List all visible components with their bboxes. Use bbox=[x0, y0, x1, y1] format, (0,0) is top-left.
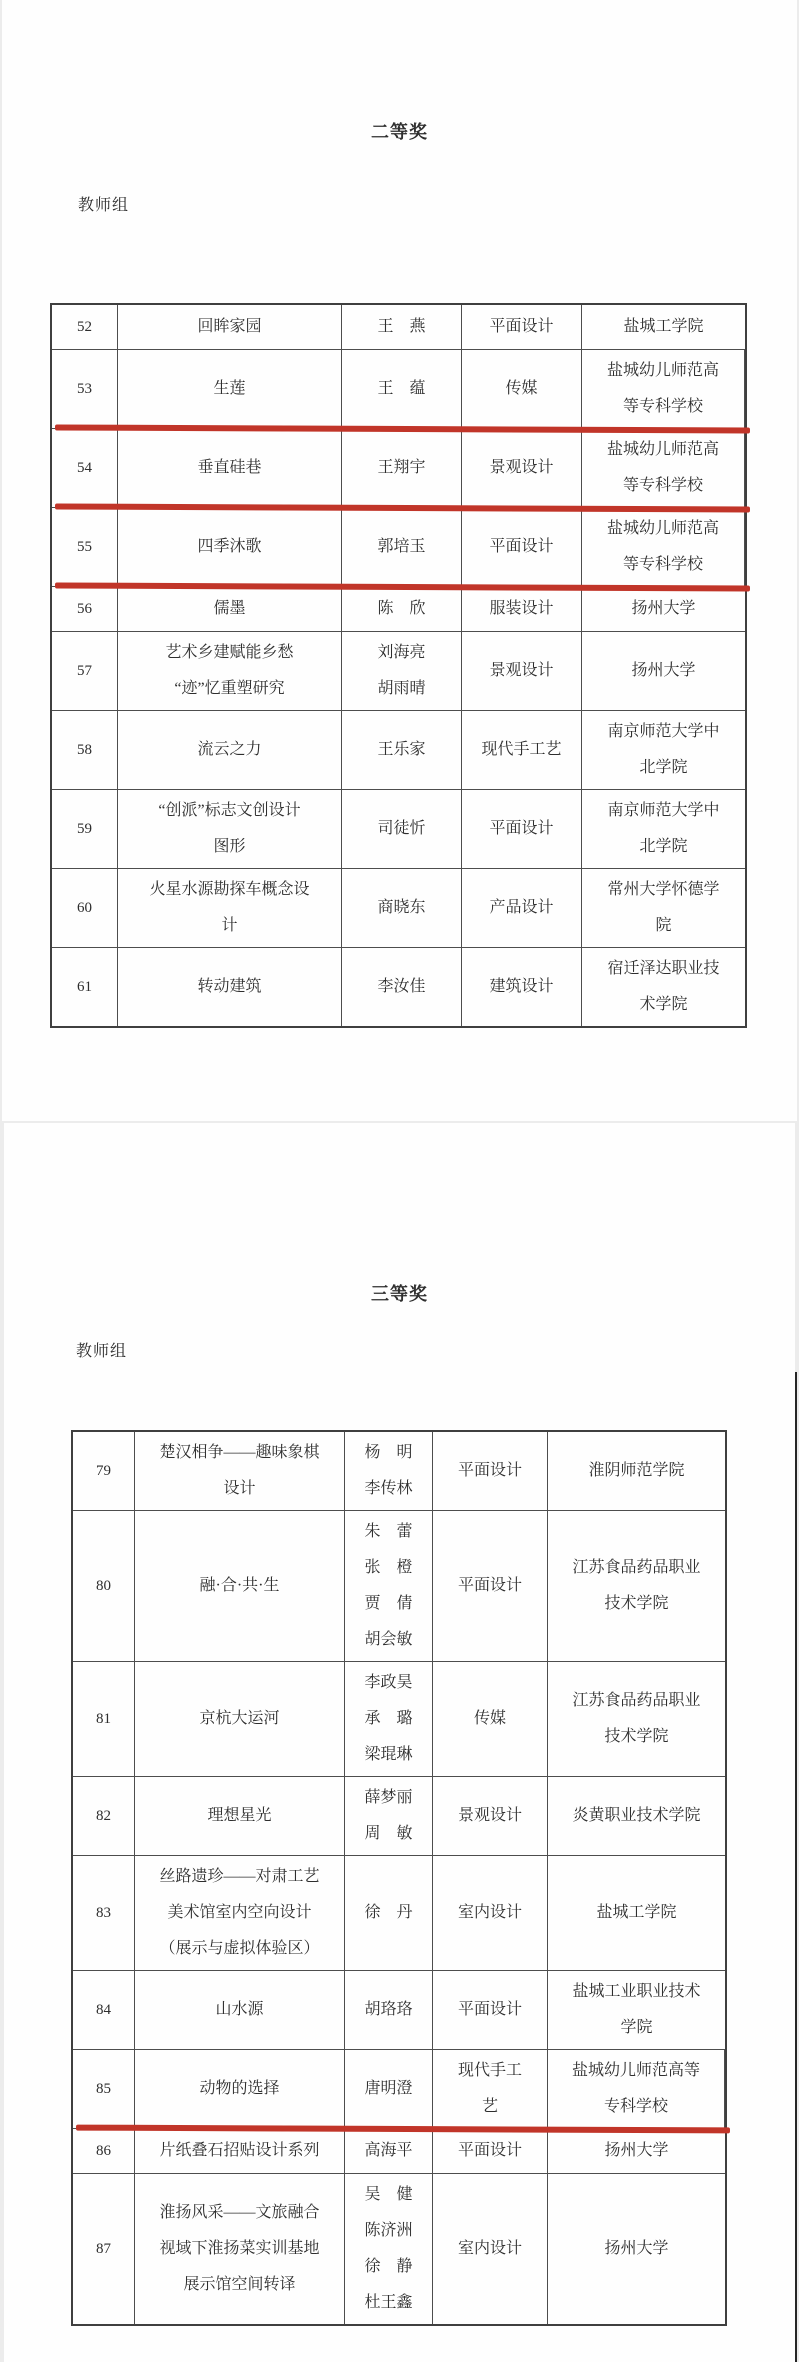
table-row: 82理想星光薛梦丽 周 敏景观设计炎黄职业技术学院 bbox=[73, 1777, 725, 1856]
category-cell: 室内设计 bbox=[433, 1856, 548, 1970]
table-row: 52回眸家园王 燕平面设计盐城工学院 bbox=[52, 305, 745, 350]
school-cell: 炎黄职业技术学院 bbox=[548, 1777, 725, 1855]
row-number-cell: 60 bbox=[52, 869, 118, 947]
author-cell: 杨 明 李传林 bbox=[345, 1432, 433, 1510]
work-title-cell: 融·合·共·生 bbox=[135, 1511, 345, 1661]
work-title-cell: 儒墨 bbox=[118, 587, 342, 631]
table-row: 55四季沐歌郭培玉平面设计盐城幼儿师范高 等专科学校 bbox=[52, 508, 745, 587]
school-cell: 盐城工学院 bbox=[582, 305, 745, 349]
author-cell: 吴 健 陈济洲 徐 静 杜王鑫 bbox=[345, 2174, 433, 2324]
author-cell: 胡珞珞 bbox=[345, 1971, 433, 2049]
author-cell: 王乐家 bbox=[342, 711, 462, 789]
row-number-cell: 53 bbox=[52, 350, 118, 428]
category-cell: 平面设计 bbox=[462, 508, 582, 586]
author-cell: 商晓东 bbox=[342, 869, 462, 947]
row-number-cell: 83 bbox=[73, 1856, 135, 1970]
award-title-second-prize: 二等奖 bbox=[2, 118, 797, 144]
school-cell: 江苏食品药品职业 技术学院 bbox=[548, 1662, 725, 1776]
row-number-cell: 81 bbox=[73, 1662, 135, 1776]
author-cell: 李汝佳 bbox=[342, 948, 462, 1026]
row-number-cell: 61 bbox=[52, 948, 118, 1026]
category-cell: 平面设计 bbox=[462, 305, 582, 349]
category-cell: 产品设计 bbox=[462, 869, 582, 947]
work-title-cell: 丝路遗珍——对肃工艺 美术馆室内空向设计 （展示与虚拟体验区） bbox=[135, 1856, 345, 1970]
work-title-cell: 山水源 bbox=[135, 1971, 345, 2049]
work-title-cell: 流云之力 bbox=[118, 711, 342, 789]
author-cell: 王 燕 bbox=[342, 305, 462, 349]
school-cell: 盐城幼儿师范高 等专科学校 bbox=[582, 350, 745, 428]
table-row: 85动物的选择唐明澄现代手工 艺盐城幼儿师范高等 专科学校 bbox=[73, 2050, 725, 2129]
category-cell: 传媒 bbox=[462, 350, 582, 428]
work-title-cell: 楚汉相争——趣味象棋 设计 bbox=[135, 1432, 345, 1510]
row-number-cell: 79 bbox=[73, 1432, 135, 1510]
table-row: 79楚汉相争——趣味象棋 设计杨 明 李传林平面设计淮阴师范学院 bbox=[73, 1432, 725, 1511]
row-number-cell: 55 bbox=[52, 508, 118, 586]
row-number-cell: 57 bbox=[52, 632, 118, 710]
work-title-cell: 艺术乡建赋能乡愁 “迹”忆重塑研究 bbox=[118, 632, 342, 710]
category-cell: 平面设计 bbox=[433, 1971, 548, 2049]
category-cell: 景观设计 bbox=[462, 632, 582, 710]
work-title-cell: 火星水源勘探车概念设 计 bbox=[118, 869, 342, 947]
work-title-cell: 四季沐歌 bbox=[118, 508, 342, 586]
category-cell: 现代手工艺 bbox=[462, 711, 582, 789]
row-number-cell: 85 bbox=[73, 2050, 135, 2128]
category-cell: 服装设计 bbox=[462, 587, 582, 631]
table-row: 53生莲王 蕴传媒盐城幼儿师范高 等专科学校 bbox=[52, 350, 745, 429]
author-cell: 朱 蕾 张 橙 贾 倩 胡会敏 bbox=[345, 1511, 433, 1661]
school-cell: 扬州大学 bbox=[582, 587, 745, 631]
school-cell: 江苏食品药品职业 技术学院 bbox=[548, 1511, 725, 1661]
author-cell: 陈 欣 bbox=[342, 587, 462, 631]
row-number-cell: 54 bbox=[52, 429, 118, 507]
author-cell: 司徒忻 bbox=[342, 790, 462, 868]
row-number-cell: 87 bbox=[73, 2174, 135, 2324]
category-cell: 平面设计 bbox=[433, 2129, 548, 2173]
school-cell: 扬州大学 bbox=[548, 2174, 725, 2324]
category-cell: 平面设计 bbox=[433, 1511, 548, 1661]
school-cell: 扬州大学 bbox=[582, 632, 745, 710]
category-cell: 平面设计 bbox=[433, 1432, 548, 1510]
document-page-2: 三等奖 教师组 79楚汉相争——趣味象棋 设计杨 明 李传林平面设计淮阴师范学院… bbox=[4, 1123, 795, 2362]
work-title-cell: 回眸家园 bbox=[118, 305, 342, 349]
author-cell: 李政昊 承 璐 梁琨琳 bbox=[345, 1662, 433, 1776]
table-row: 54垂直硅巷王翔宇景观设计盐城幼儿师范高 等专科学校 bbox=[52, 429, 745, 508]
school-cell: 淮阴师范学院 bbox=[548, 1432, 725, 1510]
school-cell: 盐城幼儿师范高等 专科学校 bbox=[548, 2050, 725, 2128]
table-row: 56儒墨陈 欣服装设计扬州大学 bbox=[52, 587, 745, 632]
table-row: 87淮扬风采——文旅融合 视域下淮扬菜实训基地 展示馆空间转译吴 健 陈济洲 徐… bbox=[73, 2174, 725, 2324]
group-label-teachers: 教师组 bbox=[76, 1338, 127, 1361]
author-cell: 高海平 bbox=[345, 2129, 433, 2173]
work-title-cell: 垂直硅巷 bbox=[118, 429, 342, 507]
work-title-cell: 转动建筑 bbox=[118, 948, 342, 1026]
work-title-cell: 生莲 bbox=[118, 350, 342, 428]
table-row: 58流云之力王乐家现代手工艺南京师范大学中 北学院 bbox=[52, 711, 745, 790]
award-table-third-prize: 79楚汉相争——趣味象棋 设计杨 明 李传林平面设计淮阴师范学院80融·合·共·… bbox=[71, 1430, 727, 2326]
table-row: 60火星水源勘探车概念设 计商晓东产品设计常州大学怀德学 院 bbox=[52, 869, 745, 948]
award-title-third-prize: 三等奖 bbox=[4, 1280, 795, 1306]
category-cell: 现代手工 艺 bbox=[433, 2050, 548, 2128]
table-row: 84山水源胡珞珞平面设计盐城工业职业技术 学院 bbox=[73, 1971, 725, 2050]
work-title-cell: 淮扬风采——文旅融合 视域下淮扬菜实训基地 展示馆空间转译 bbox=[135, 2174, 345, 2324]
school-cell: 盐城工业职业技术 学院 bbox=[548, 1971, 725, 2049]
author-cell: 王 蕴 bbox=[342, 350, 462, 428]
author-cell: 薛梦丽 周 敏 bbox=[345, 1777, 433, 1855]
category-cell: 景观设计 bbox=[462, 429, 582, 507]
table-row: 83丝路遗珍——对肃工艺 美术馆室内空向设计 （展示与虚拟体验区）徐 丹室内设计… bbox=[73, 1856, 725, 1971]
category-cell: 室内设计 bbox=[433, 2174, 548, 2324]
row-number-cell: 58 bbox=[52, 711, 118, 789]
work-title-cell: 片纸叠石招贴设计系列 bbox=[135, 2129, 345, 2173]
author-cell: 郭培玉 bbox=[342, 508, 462, 586]
table-row: 81京杭大运河李政昊 承 璐 梁琨琳传媒江苏食品药品职业 技术学院 bbox=[73, 1662, 725, 1777]
group-label-teachers: 教师组 bbox=[78, 192, 129, 215]
work-title-cell: 京杭大运河 bbox=[135, 1662, 345, 1776]
school-cell: 盐城幼儿师范高 等专科学校 bbox=[582, 429, 745, 507]
school-cell: 盐城幼儿师范高 等专科学校 bbox=[582, 508, 745, 586]
category-cell: 传媒 bbox=[433, 1662, 548, 1776]
school-cell: 盐城工学院 bbox=[548, 1856, 725, 1970]
row-number-cell: 86 bbox=[73, 2129, 135, 2173]
screen-edge-line bbox=[795, 1372, 797, 2362]
table-row: 80融·合·共·生朱 蕾 张 橙 贾 倩 胡会敏平面设计江苏食品药品职业 技术学… bbox=[73, 1511, 725, 1662]
row-number-cell: 80 bbox=[73, 1511, 135, 1661]
school-cell: 扬州大学 bbox=[548, 2129, 725, 2173]
school-cell: 常州大学怀德学 院 bbox=[582, 869, 745, 947]
school-cell: 南京师范大学中 北学院 bbox=[582, 711, 745, 789]
table-row: 57艺术乡建赋能乡愁 “迹”忆重塑研究刘海亮 胡雨晴景观设计扬州大学 bbox=[52, 632, 745, 711]
table-row: 61转动建筑李汝佳建筑设计宿迁泽达职业技 术学院 bbox=[52, 948, 745, 1026]
category-cell: 平面设计 bbox=[462, 790, 582, 868]
author-cell: 唐明澄 bbox=[345, 2050, 433, 2128]
row-number-cell: 56 bbox=[52, 587, 118, 631]
row-number-cell: 84 bbox=[73, 1971, 135, 2049]
author-cell: 刘海亮 胡雨晴 bbox=[342, 632, 462, 710]
table-row: 59“创派”标志文创设计 图形司徒忻平面设计南京师范大学中 北学院 bbox=[52, 790, 745, 869]
row-number-cell: 59 bbox=[52, 790, 118, 868]
work-title-cell: 理想星光 bbox=[135, 1777, 345, 1855]
work-title-cell: “创派”标志文创设计 图形 bbox=[118, 790, 342, 868]
work-title-cell: 动物的选择 bbox=[135, 2050, 345, 2128]
author-cell: 王翔宇 bbox=[342, 429, 462, 507]
category-cell: 景观设计 bbox=[433, 1777, 548, 1855]
award-table-second-prize: 52回眸家园王 燕平面设计盐城工学院53生莲王 蕴传媒盐城幼儿师范高 等专科学校… bbox=[50, 303, 747, 1028]
row-number-cell: 82 bbox=[73, 1777, 135, 1855]
document-page-1: 二等奖 教师组 52回眸家园王 燕平面设计盐城工学院53生莲王 蕴传媒盐城幼儿师… bbox=[2, 0, 797, 1121]
author-cell: 徐 丹 bbox=[345, 1856, 433, 1970]
row-number-cell: 52 bbox=[52, 305, 118, 349]
category-cell: 建筑设计 bbox=[462, 948, 582, 1026]
school-cell: 南京师范大学中 北学院 bbox=[582, 790, 745, 868]
school-cell: 宿迁泽达职业技 术学院 bbox=[582, 948, 745, 1026]
table-row: 86片纸叠石招贴设计系列高海平平面设计扬州大学 bbox=[73, 2129, 725, 2174]
